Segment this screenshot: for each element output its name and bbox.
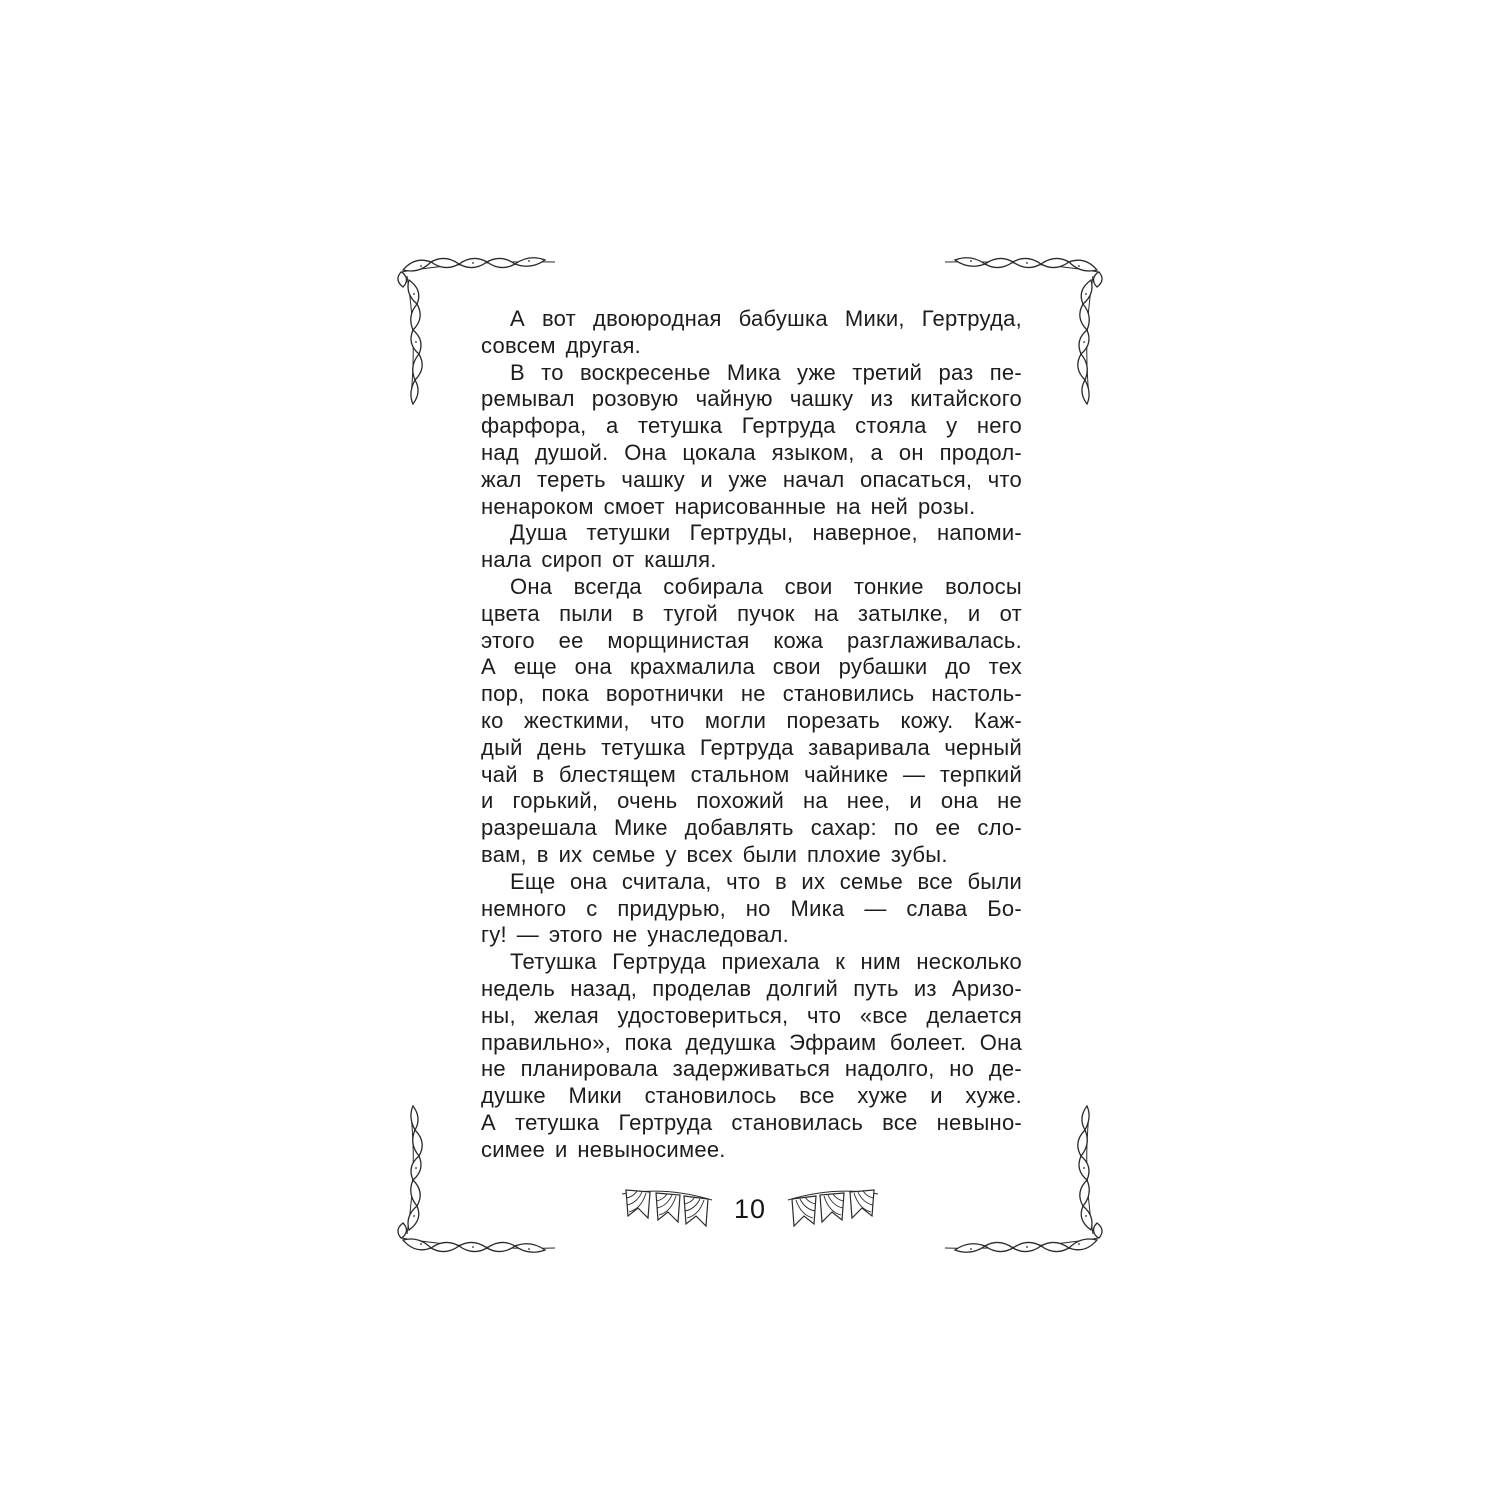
book-page: А вот двоюродная бабушка Мики, Гертруда,…: [0, 0, 1500, 1500]
text-line: жал тереть чашку и уже начал опасаться, …: [481, 467, 1022, 494]
text-line: этого ее морщинистая кожа разглаживалась…: [481, 628, 1022, 655]
text-line: симее и невыносимее.: [481, 1137, 1022, 1164]
text-line: чай в блестящем стальном чайнике — терпк…: [481, 762, 1022, 789]
text-line: совсем другая.: [481, 333, 1022, 360]
text-line: А вот двоюродная бабушка Мики, Гертруда,: [481, 306, 1022, 333]
text-line: ны, желая удостовериться, что «все делае…: [481, 1003, 1022, 1030]
text-line: разрешала Мике добавлять сахар: по ее сл…: [481, 815, 1022, 842]
text-line: ненароком смоет нарисованные на ней розы…: [481, 494, 1022, 521]
text-line: В то воскресенье Мика уже третий раз пе-: [481, 360, 1022, 387]
text-line: А еще она крахмалила свои рубашки до тех: [481, 654, 1022, 681]
text-line: дый день тетушка Гертруда заваривала чер…: [481, 735, 1022, 762]
text-line: пор, пока воротнички не становились наст…: [481, 681, 1022, 708]
text-line: нала сироп от кашля.: [481, 547, 1022, 574]
text-line: немного с придурью, но Мика — слава Бо-: [481, 896, 1022, 923]
text-line: ко жесткими, что могли порезать кожу. Ка…: [481, 708, 1022, 735]
page-number: 10: [700, 1194, 800, 1225]
text-line: фарфора, а тетушка Гертруда стояла у нег…: [481, 413, 1022, 440]
text-line: ремывал розовую чайную чашку из китайско…: [481, 386, 1022, 413]
text-line: Она всегда собирала свои тонкие волосы: [481, 574, 1022, 601]
text-line: гу! — этого не унаследовал.: [481, 922, 1022, 949]
page-text: А вот двоюродная бабушка Мики, Гертруда,…: [481, 306, 1022, 1164]
text-line: цвета пыли в тугой пучок на затылке, и о…: [481, 601, 1022, 628]
text-line: Тетушка Гертруда приехала к ним нескольк…: [481, 949, 1022, 976]
pennant-banner-right: [786, 1182, 880, 1242]
text-line: над душой. Она цокала языком, а он продо…: [481, 440, 1022, 467]
text-line: А тетушка Гертруда становилась все невын…: [481, 1110, 1022, 1137]
text-line: Еще она считала, что в их семье все были: [481, 869, 1022, 896]
text-line: вам, в их семье у всех были плохие зубы.: [481, 842, 1022, 869]
text-line: Душа тетушки Гертруды, наверное, напоми-: [481, 520, 1022, 547]
text-line: не планировала задерживаться надолго, но…: [481, 1056, 1022, 1083]
text-line: недель назад, проделав долгий путь из Ар…: [481, 976, 1022, 1003]
text-line: правильно», пока дедушка Эфраим болеет. …: [481, 1030, 1022, 1057]
text-line: и горький, очень похожий на нее, и она н…: [481, 788, 1022, 815]
text-line: душке Мики становилось все хуже и хуже.: [481, 1083, 1022, 1110]
pennant-flags-icon: [786, 1182, 880, 1242]
